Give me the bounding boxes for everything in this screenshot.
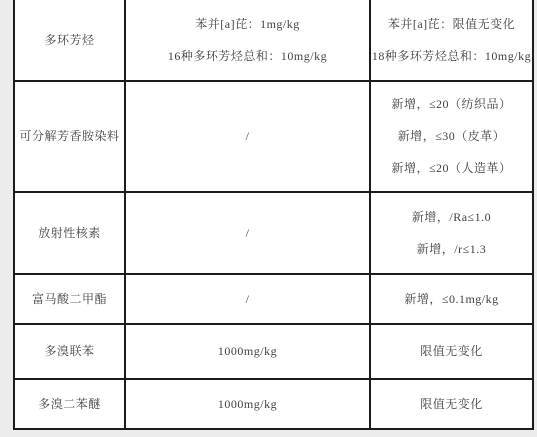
limits-comparison-table: 多环芳烃苯并[a]芘：1mg/kg16种多环芳烃总和：10mg/kg苯并[a]芘… <box>13 0 534 430</box>
cell-text: 新增，≤20（纺织品） <box>391 97 511 112</box>
cell-new-limit: 新增，≤0.1mg/kg <box>369 275 532 323</box>
cell-text: 富马酸二甲酯 <box>32 292 107 307</box>
cell-old-limit: 1000mg/kg <box>124 380 369 428</box>
cell-category: 富马酸二甲酯 <box>15 275 124 323</box>
document-page: 多环芳烃苯并[a]芘：1mg/kg16种多环芳烃总和：10mg/kg苯并[a]芘… <box>0 0 537 437</box>
cell-text: 放射性核素 <box>38 226 101 241</box>
cell-new-limit: 苯并[a]芘：限值无变化18种多环芳烃总和：10mg/kg <box>369 0 532 80</box>
cell-text: 1000mg/kg <box>218 344 277 359</box>
cell-category: 放射性核素 <box>15 193 124 273</box>
cell-category: 多溴二苯醚 <box>15 380 124 428</box>
table-row: 可分解芳香胺染料/新增，≤20（纺织品）新增，≤30（皮革）新增，≤20（人造革… <box>15 80 532 191</box>
table-row: 多环芳烃苯并[a]芘：1mg/kg16种多环芳烃总和：10mg/kg苯并[a]芘… <box>15 0 532 80</box>
cell-text: 多溴联苯 <box>44 344 94 359</box>
cell-text: 多环芳烃 <box>44 33 94 48</box>
cell-text: / <box>246 226 250 241</box>
cell-old-limit: / <box>124 275 369 323</box>
cell-text: 限值无变化 <box>420 344 483 359</box>
cell-category: 可分解芳香胺染料 <box>15 82 124 191</box>
cell-text: / <box>246 129 250 144</box>
cell-text: 新增，≤30（皮革） <box>398 129 506 144</box>
cell-old-limit: 1000mg/kg <box>124 325 369 378</box>
cell-new-limit: 新增，≤20（纺织品）新增，≤30（皮革）新增，≤20（人造革） <box>369 82 532 191</box>
cell-text: / <box>246 292 250 307</box>
cell-old-limit: / <box>124 82 369 191</box>
cell-text: 新增，≤20（人造革） <box>391 161 511 176</box>
limits-table-body: 多环芳烃苯并[a]芘：1mg/kg16种多环芳烃总和：10mg/kg苯并[a]芘… <box>15 0 532 428</box>
cell-old-limit: / <box>124 193 369 273</box>
cell-text: 1000mg/kg <box>218 397 277 412</box>
table-row: 多溴联苯1000mg/kg限值无变化 <box>15 323 532 378</box>
table-row: 富马酸二甲酯/新增，≤0.1mg/kg <box>15 273 532 323</box>
cell-new-limit: 限值无变化 <box>369 325 532 378</box>
cell-old-limit: 苯并[a]芘：1mg/kg16种多环芳烃总和：10mg/kg <box>124 0 369 80</box>
cell-text: 18种多环芳烃总和：10mg/kg <box>372 49 531 64</box>
cell-new-limit: 限值无变化 <box>369 380 532 428</box>
cell-new-limit: 新增，/Ra≤1.0新增，/r≤1.3 <box>369 193 532 273</box>
table-row: 放射性核素/新增，/Ra≤1.0新增，/r≤1.3 <box>15 191 532 273</box>
cell-text: 限值无变化 <box>420 397 483 412</box>
cell-text: 新增，/Ra≤1.0 <box>412 210 491 225</box>
table-row: 多溴二苯醚1000mg/kg限值无变化 <box>15 378 532 428</box>
cell-category: 多溴联苯 <box>15 325 124 378</box>
cell-text: 苯并[a]芘：限值无变化 <box>388 17 515 32</box>
cell-text: 苯并[a]芘：1mg/kg <box>195 17 300 32</box>
cell-text: 新增，≤0.1mg/kg <box>404 292 498 307</box>
cell-text: 多溴二苯醚 <box>38 397 101 412</box>
cell-text: 可分解芳香胺染料 <box>20 129 120 144</box>
cell-text: 16种多环芳烃总和：10mg/kg <box>168 49 327 64</box>
cell-category: 多环芳烃 <box>15 0 124 80</box>
cell-text: 新增，/r≤1.3 <box>417 242 486 257</box>
